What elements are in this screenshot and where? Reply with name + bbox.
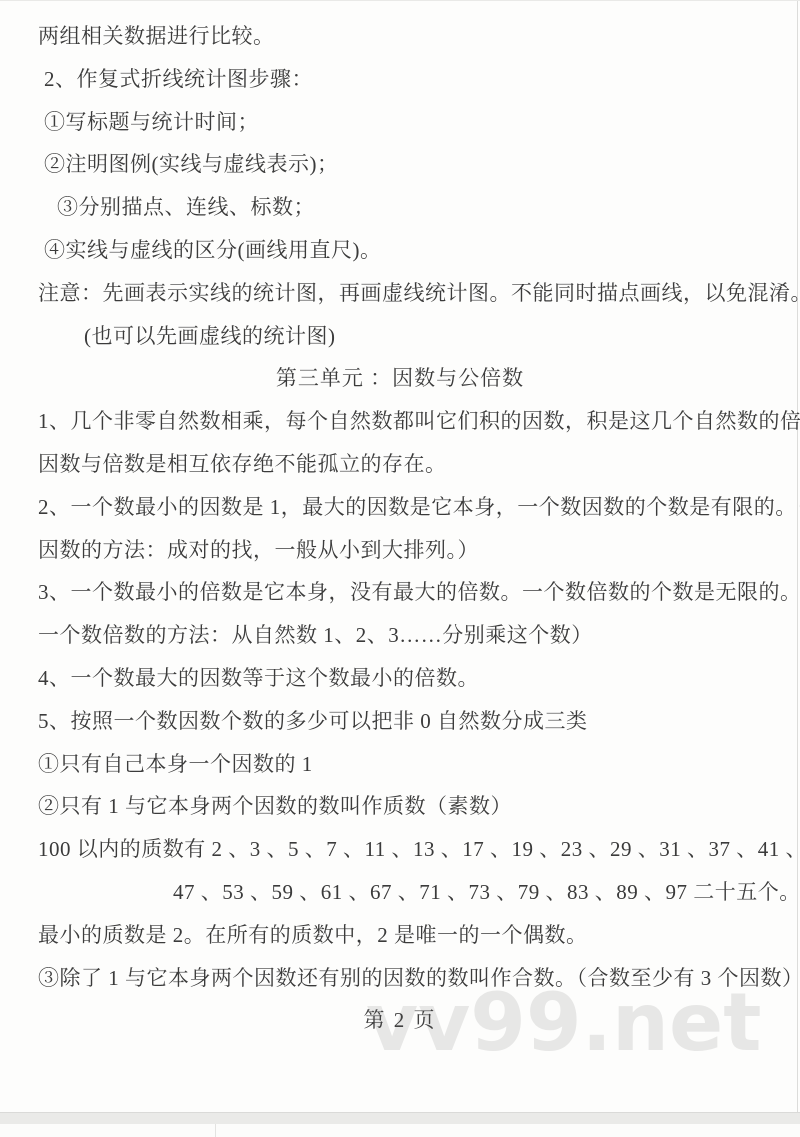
text-line: ③除了 1 与它本身两个因数还有别的因数的数叫作合数。（合数至少有 3 个因数）… (0, 957, 800, 1000)
next-page-edge-line (215, 1124, 216, 1137)
text-line: 2、一个数最小的因数是 1，最大的因数是它本身，一个数因数的个数是有限的。（找 (0, 486, 800, 529)
page-number: 第 2 页 (0, 999, 800, 1042)
text-line: 47 、53 、59 、61 、67 、71 、73 、79 、83 、89 、… (0, 871, 800, 914)
text-line: 100 以内的质数有 2 、3 、5 、7 、11 、13 、17 、19 、2… (0, 828, 800, 871)
text-line: 1、几个非零自然数相乘，每个自然数都叫它们积的因数，积是这几个自然数的倍数。 (0, 400, 800, 443)
text-line: (也可以先画虚线的统计图) (0, 315, 800, 358)
text-line: 3、一个数最小的倍数是它本身，没有最大的倍数。一个数倍数的个数是无限的。（找 (0, 571, 800, 614)
text-line: 因数与倍数是相互依存绝不能孤立的存在。 (0, 443, 800, 486)
text-line: 5、按照一个数因数个数的多少可以把非 0 自然数分成三类 (0, 700, 800, 743)
text-line: 因数的方法：成对的找，一般从小到大排列。） (0, 529, 800, 572)
section-heading: 第三单元 ：因数与公倍数 (0, 357, 800, 400)
text-line: 两组相关数据进行比较。 (0, 15, 800, 58)
page-separator (0, 1112, 800, 1124)
text-line: 一个数倍数的方法：从自然数 1、2、3……分别乘这个数） (0, 614, 800, 657)
next-page-top (0, 1124, 800, 1137)
document-content: 两组相关数据进行比较。 2、作复式折线统计图步骤： ①写标题与统计时间； ②注明… (0, 1, 800, 999)
text-line: ②只有 1 与它本身两个因数的数叫作质数（素数） (0, 785, 800, 828)
text-line: ①只有自己本身一个因数的 1 (0, 743, 800, 786)
text-line: ①写标题与统计时间； (0, 101, 800, 144)
text-line: 注意：先画表示实线的统计图，再画虚线统计图。不能同时描点画线，以免混淆。 (0, 272, 800, 315)
text-line: 2、作复式折线统计图步骤： (0, 58, 800, 101)
document-page: vv99.net 两组相关数据进行比较。 2、作复式折线统计图步骤： ①写标题与… (0, 0, 800, 1112)
text-line: 最小的质数是 2。在所有的质数中，2 是唯一的一个偶数。 (0, 914, 800, 957)
text-line: 4、一个数最大的因数等于这个数最小的倍数。 (0, 657, 800, 700)
text-line: ④实线与虚线的区分(画线用直尺)。 (0, 229, 800, 272)
text-line: ③分别描点、连线、标数； (0, 186, 800, 229)
text-line: ②注明图例(实线与虚线表示)； (0, 143, 800, 186)
